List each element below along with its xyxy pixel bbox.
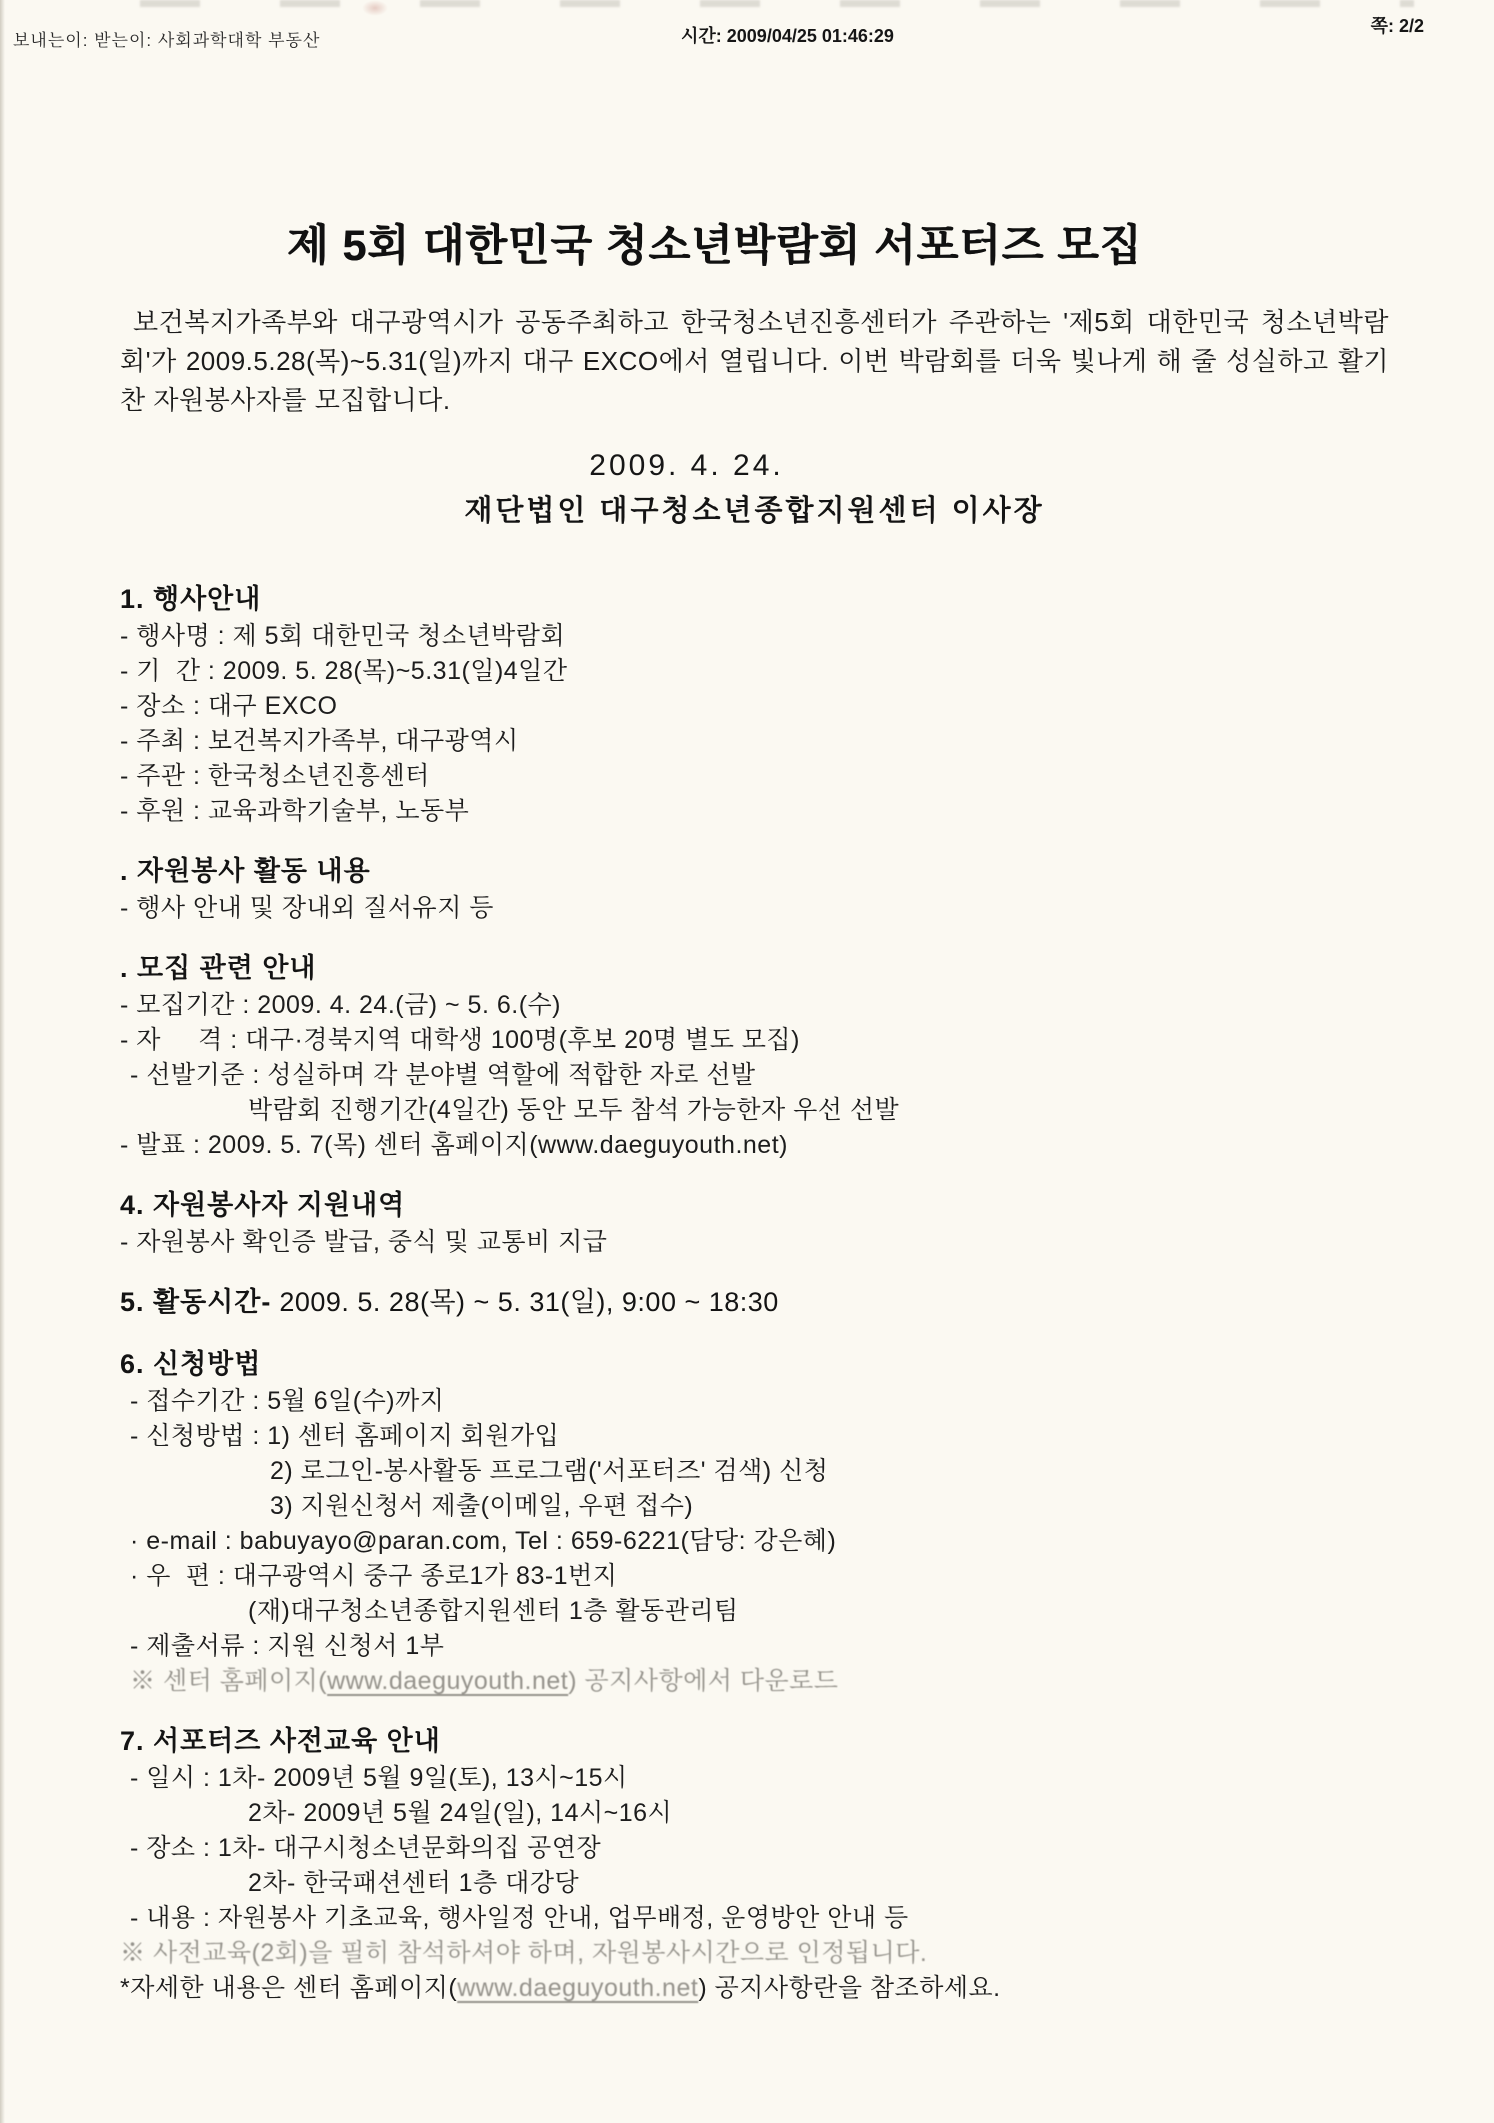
doc-text: ※ 사전교육(2회)을 필히 참석하셔야 하며, 자원봉사시간으로 인정됩니다.: [120, 1939, 927, 1967]
doc-line: - 일시 : 1차- 2009년 5월 9일(토), 13시~15시: [120, 1761, 1389, 1796]
doc-line: - 접수기간 : 5월 6일(수)까지: [120, 1384, 1389, 1419]
fax-page-number: 쪽: 2/2: [1371, 12, 1424, 38]
section-heading: 6. 신청방법: [120, 1344, 1389, 1384]
section-heading: 1. 행사안내: [120, 579, 1389, 619]
section-heading-suffix: 2009. 5. 28(목) ~ 5. 31(일), 9:00 ~ 18:30: [271, 1287, 778, 1317]
section-heading-text: 6. 신청방법: [120, 1349, 261, 1379]
doc-line: - 행사 안내 및 장내외 질서유지 등: [120, 891, 1389, 926]
website-url: www.daeguyouth.net: [327, 1667, 568, 1695]
doc-line: (재)대구청소년종합지원센터 1층 활동관리팀: [120, 1594, 1389, 1629]
doc-line: - 후원 : 교육과학기술부, 노동부: [120, 794, 1389, 829]
doc-line: - 신청방법 : 1) 센터 홈페이지 회원가입: [120, 1419, 1389, 1454]
section-heading: 4. 자원봉사자 지원내역: [120, 1185, 1389, 1225]
doc-line: 박람회 진행기간(4일간) 동안 모두 참석 가능한자 우선 선발: [120, 1093, 1389, 1128]
doc-section: 6. 신청방법- 접수기간 : 5월 6일(수)까지- 신청방법 : 1) 센터…: [120, 1344, 1389, 1699]
intro-paragraph: 보건복지가족부와 대구광역시가 공동주최하고 한국청소년진흥센터가 주관하는 '…: [120, 303, 1389, 420]
section-heading: 5. 활동시간- 2009. 5. 28(목) ~ 5. 31(일), 9:00…: [120, 1282, 1389, 1322]
doc-text: ) 공지사항란을 참조하세요.: [698, 1974, 1000, 2002]
doc-section: 4. 자원봉사자 지원내역- 자원봉사 확인증 발급, 중식 및 교통비 지급: [120, 1185, 1389, 1260]
document-issuer: 재단법인 대구청소년종합지원센터 이사장: [120, 488, 1389, 529]
fax-header: 보내는이: 받는이: 사회과학대학 부동산 시간: 2009/04/25 01:…: [0, 0, 1494, 60]
section-heading: 7. 서포터즈 사전교육 안내: [120, 1721, 1389, 1761]
doc-line: - 기 간 : 2009. 5. 28(목)~5.31(일)4일간: [120, 654, 1389, 689]
sections-container: 1. 행사안내- 행사명 : 제 5회 대한민국 청소년박람회- 기 간 : 2…: [120, 579, 1389, 2006]
doc-line: - 자원봉사 확인증 발급, 중식 및 교통비 지급: [120, 1225, 1389, 1260]
doc-line: - 행사명 : 제 5회 대한민국 청소년박람회: [120, 619, 1389, 654]
section-heading-text: 4. 자원봉사자 지원내역: [120, 1190, 405, 1220]
doc-line: - 자 격 : 대구·경북지역 대학생 100명(후보 20명 별도 모집): [120, 1023, 1389, 1058]
doc-section: 5. 활동시간- 2009. 5. 28(목) ~ 5. 31(일), 9:00…: [120, 1282, 1389, 1322]
fax-document-page: 보내는이: 받는이: 사회과학대학 부동산 시간: 2009/04/25 01:…: [0, 0, 1494, 2123]
doc-line: 3) 지원신청서 제출(이메일, 우편 접수): [120, 1489, 1389, 1524]
section-heading: . 자원봉사 활동 내용: [120, 851, 1389, 891]
doc-line: - 제출서류 : 지원 신청서 1부: [120, 1629, 1389, 1664]
doc-line: - 선발기준 : 성실하며 각 분야별 역할에 적합한 자로 선발: [120, 1058, 1389, 1093]
doc-text: ※ 센터 홈페이지(: [130, 1667, 327, 1695]
doc-line: 2) 로그인-봉사활동 프로그램('서포터즈' 검색) 신청: [120, 1454, 1389, 1489]
doc-line: · 우 편 : 대구광역시 중구 종로1가 83-1번지: [120, 1559, 1389, 1594]
doc-line: - 주최 : 보건복지가족부, 대구광역시: [120, 724, 1389, 759]
doc-line: · e-mail : babuyayo@paran.com, Tel : 659…: [120, 1524, 1389, 1559]
document-title: 제 5회 대한민국 청소년박람회 서포터즈 모집: [80, 212, 1349, 273]
doc-line: ※ 사전교육(2회)을 필히 참석하셔야 하며, 자원봉사시간으로 인정됩니다.: [120, 1936, 1389, 1971]
doc-line: - 장소 : 대구 EXCO: [120, 689, 1389, 724]
doc-line: - 장소 : 1차- 대구시청소년문화의집 공연장: [120, 1831, 1389, 1866]
website-url: www.daeguyouth.net: [457, 1974, 698, 2002]
fax-timestamp: 시간: 2009/04/25 01:46:29: [681, 22, 894, 48]
doc-text: *자세한 내용은 센터 홈페이지(: [120, 1974, 457, 2002]
doc-line: - 주관 : 한국청소년진흥센터: [120, 759, 1389, 794]
doc-line: - 내용 : 자원봉사 기초교육, 행사일정 안내, 업무배정, 운영방안 안내…: [120, 1901, 1389, 1936]
doc-line: 2차- 2009년 5월 24일(일), 14시~16시: [120, 1796, 1389, 1831]
section-heading-text: 7. 서포터즈 사전교육 안내: [120, 1726, 441, 1756]
doc-section: . 자원봉사 활동 내용- 행사 안내 및 장내외 질서유지 등: [120, 851, 1389, 926]
doc-line: ※ 센터 홈페이지(www.daeguyouth.net) 공지사항에서 다운로…: [120, 1664, 1389, 1699]
fax-sender-recipient-label: 보내는이: 받는이: 사회과학대학 부동산: [13, 26, 320, 51]
doc-line: 2차- 한국패션센터 1층 대강당: [120, 1866, 1389, 1901]
section-heading-text: . 모집 관련 안내: [120, 953, 317, 983]
doc-line: *자세한 내용은 센터 홈페이지(www.daeguyouth.net) 공지사…: [120, 1971, 1389, 2006]
doc-line: - 발표 : 2009. 5. 7(목) 센터 홈페이지(www.daeguyo…: [120, 1128, 1389, 1163]
section-heading-text: 1. 행사안내: [120, 584, 261, 614]
doc-line: - 모집기간 : 2009. 4. 24.(금) ~ 5. 6.(수): [120, 988, 1389, 1023]
doc-section: 7. 서포터즈 사전교육 안내- 일시 : 1차- 2009년 5월 9일(토)…: [120, 1721, 1389, 2006]
document-date: 2009. 4. 24.: [52, 449, 1321, 483]
section-heading: . 모집 관련 안내: [120, 948, 1389, 988]
doc-text: ) 공지사항에서 다운로드: [568, 1667, 838, 1695]
doc-section: . 모집 관련 안내- 모집기간 : 2009. 4. 24.(금) ~ 5. …: [120, 948, 1389, 1163]
doc-section: 1. 행사안내- 행사명 : 제 5회 대한민국 청소년박람회- 기 간 : 2…: [120, 579, 1389, 829]
section-heading-text: . 자원봉사 활동 내용: [120, 856, 371, 886]
section-heading-text: 5. 활동시간-: [120, 1287, 271, 1317]
document-body: 제 5회 대한민국 청소년박람회 서포터즈 모집 보건복지가족부와 대구광역시가…: [0, 60, 1494, 2006]
